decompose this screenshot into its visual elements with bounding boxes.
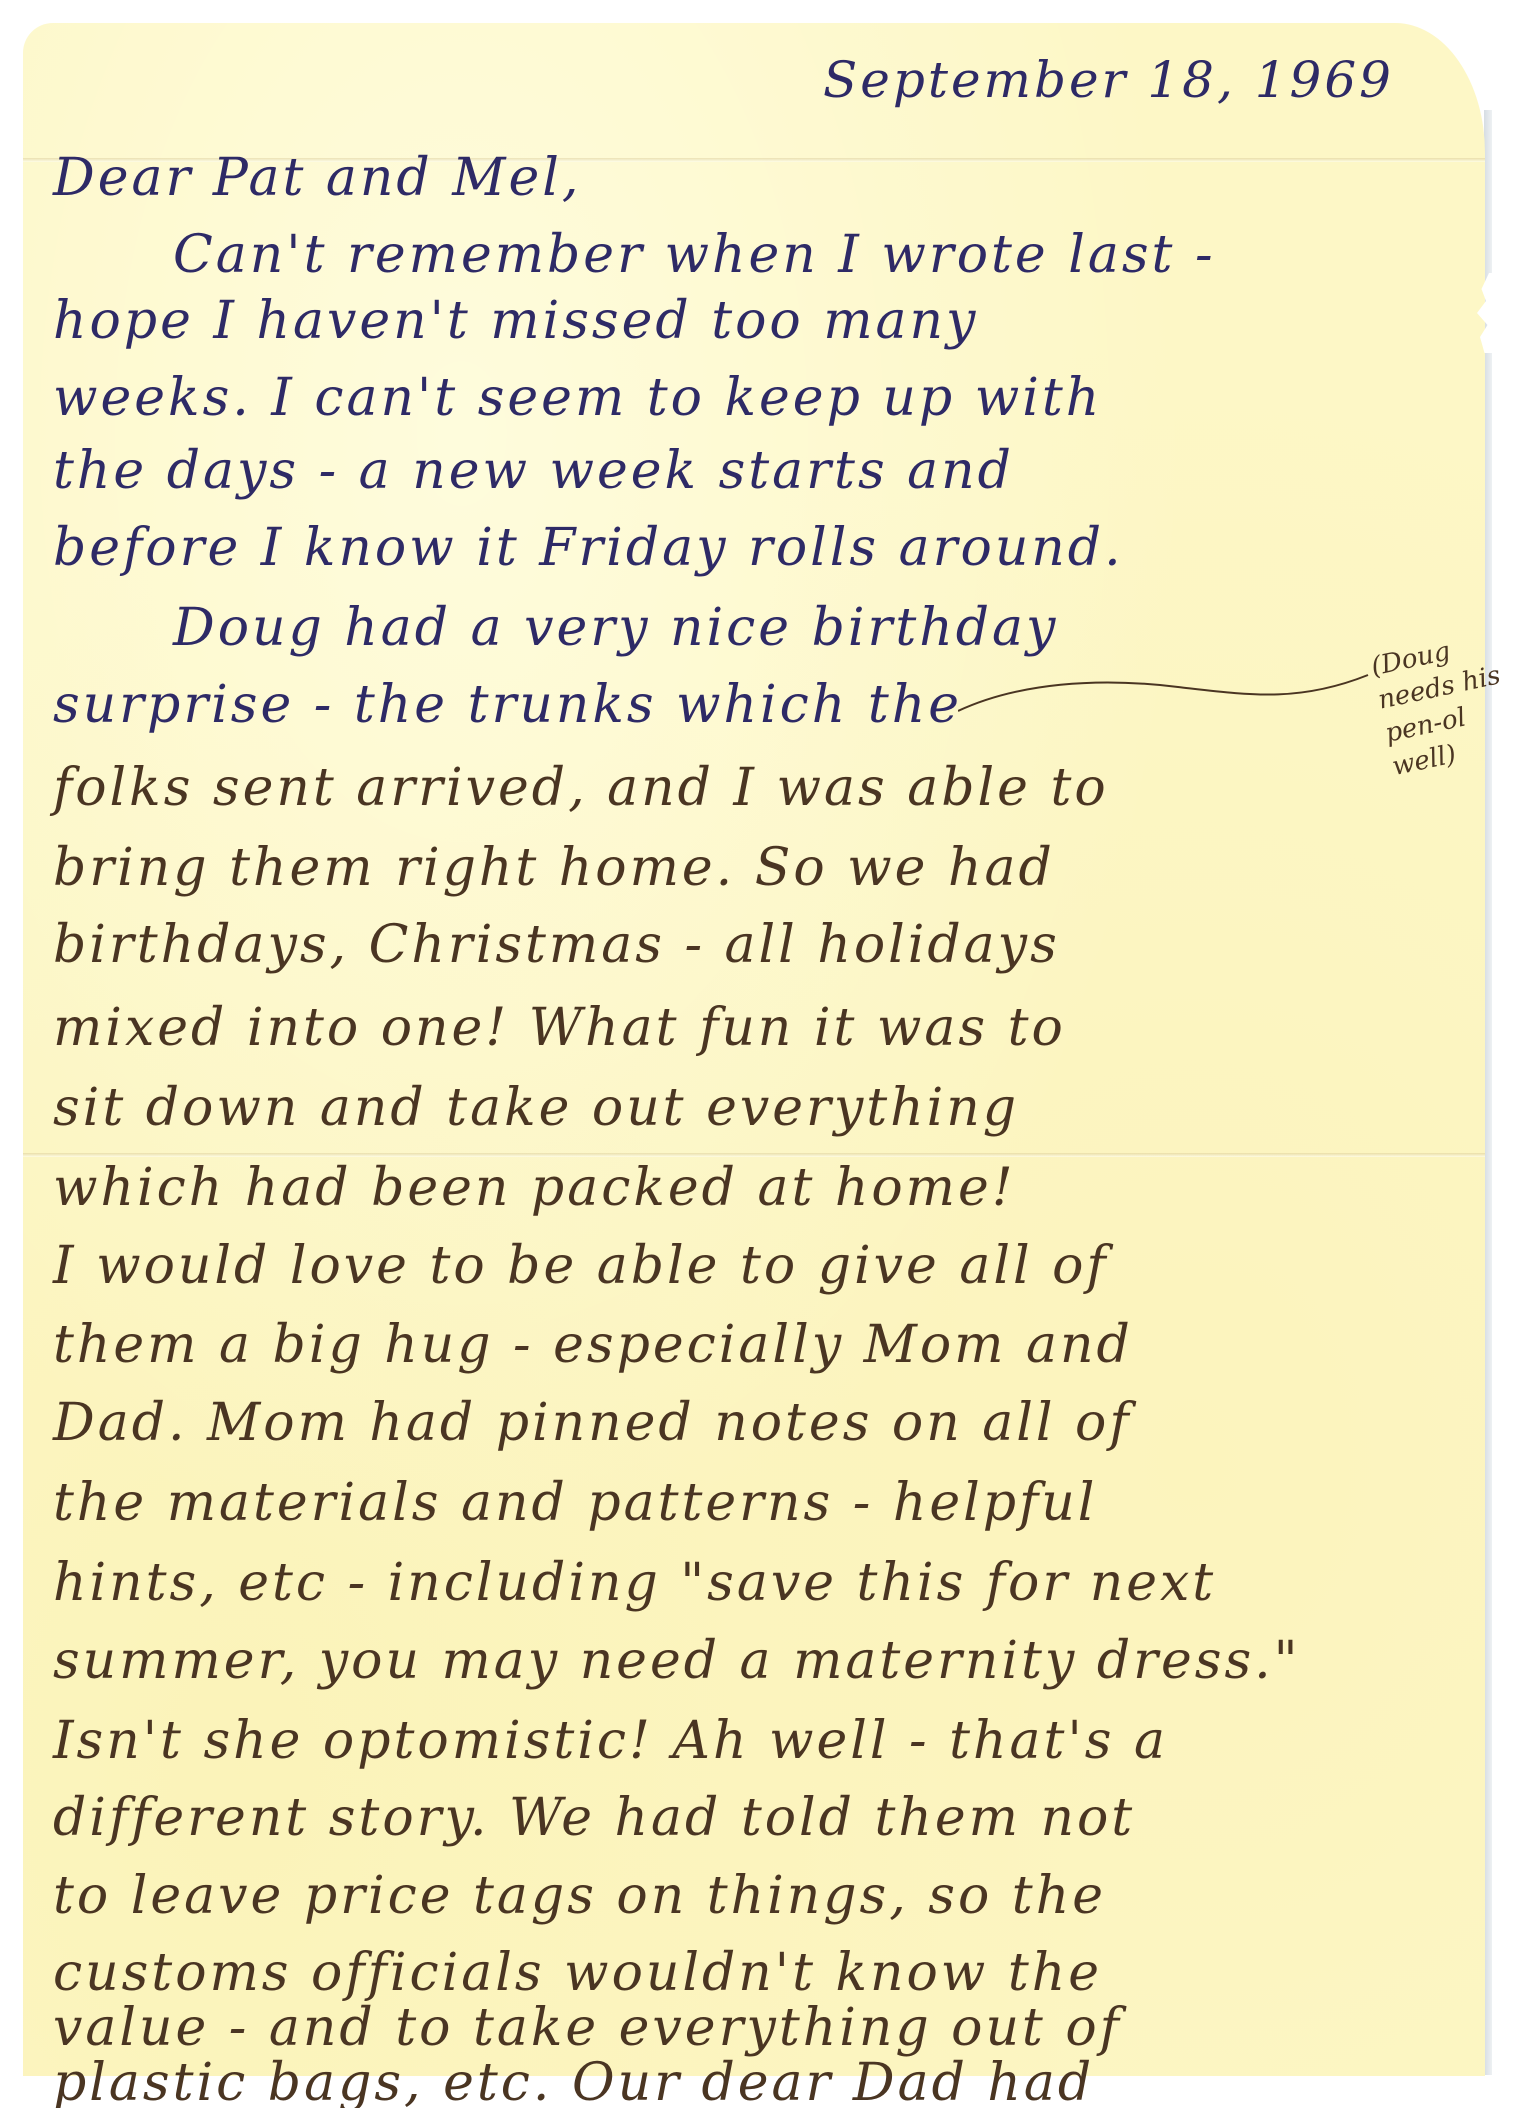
letter-line-15: them a big hug - especially Mom and [53, 1315, 1133, 1375]
letter-line-20: Isn't she optomistic! Ah well - that's a [53, 1711, 1168, 1771]
margin-note: (Doug needs his pen-ol well) [1368, 620, 1521, 784]
letter-line-19: summer, you may need a maternity dress." [53, 1631, 1301, 1691]
letter-line-7: surprise - the trunks which the [53, 675, 962, 735]
letter-line-22: to leave price tags on things, so the [53, 1866, 1106, 1926]
letter-line-13: which had been packed at home! [53, 1158, 1016, 1218]
letter-line-9: bring them right home. So we had [53, 838, 1055, 898]
torn-edge [1471, 273, 1501, 353]
letter-line-17: the materials and patterns - helpful [53, 1473, 1097, 1533]
margin-note-connector-line [958, 673, 1370, 713]
letter-line-4: the days - a new week starts and [53, 441, 1014, 501]
letter-line-1: Can't remember when I wrote last - [173, 225, 1216, 285]
letter-line-5: before I know it Friday rolls around. [53, 518, 1124, 578]
letter-line-23: customs officials wouldn't know the [53, 1943, 1102, 2003]
letter-line-14: I would love to be able to give all of [53, 1236, 1109, 1296]
letter-line-21: different story. We had told them not [53, 1788, 1135, 1848]
fold-crease-middle [23, 1153, 1485, 1157]
letter-page: September 18, 1969 Dear Pat and Mel, Can… [23, 23, 1485, 2076]
letter-line-10: birthdays, Christmas - all holidays [53, 915, 1060, 975]
letter-salutation: Dear Pat and Mel, [53, 148, 581, 208]
letter-line-24: value - and to take everything out of [53, 1998, 1122, 2058]
letter-line-11: mixed into one! What fun it was to [53, 998, 1066, 1058]
letter-line-2: hope I haven't missed too many [53, 291, 978, 351]
letter-line-6: Doug had a very nice birthday [173, 598, 1058, 658]
letter-line-16: Dad. Mom had pinned notes on all of [53, 1393, 1132, 1453]
letter-line-25: plastic bags, etc. Our dear Dad had [53, 2053, 1094, 2108]
letter-line-18: hints, etc - including "save this for ne… [53, 1553, 1216, 1613]
letter-line-8: folks sent arrived, and I was able to [53, 758, 1109, 818]
letter-line-12: sit down and take out everything [53, 1078, 1019, 1138]
page-edge-shadow [1484, 110, 1492, 2075]
letter-line-3: weeks. I can't seem to keep up with [53, 368, 1102, 428]
letter-date: September 18, 1969 [823, 51, 1394, 109]
